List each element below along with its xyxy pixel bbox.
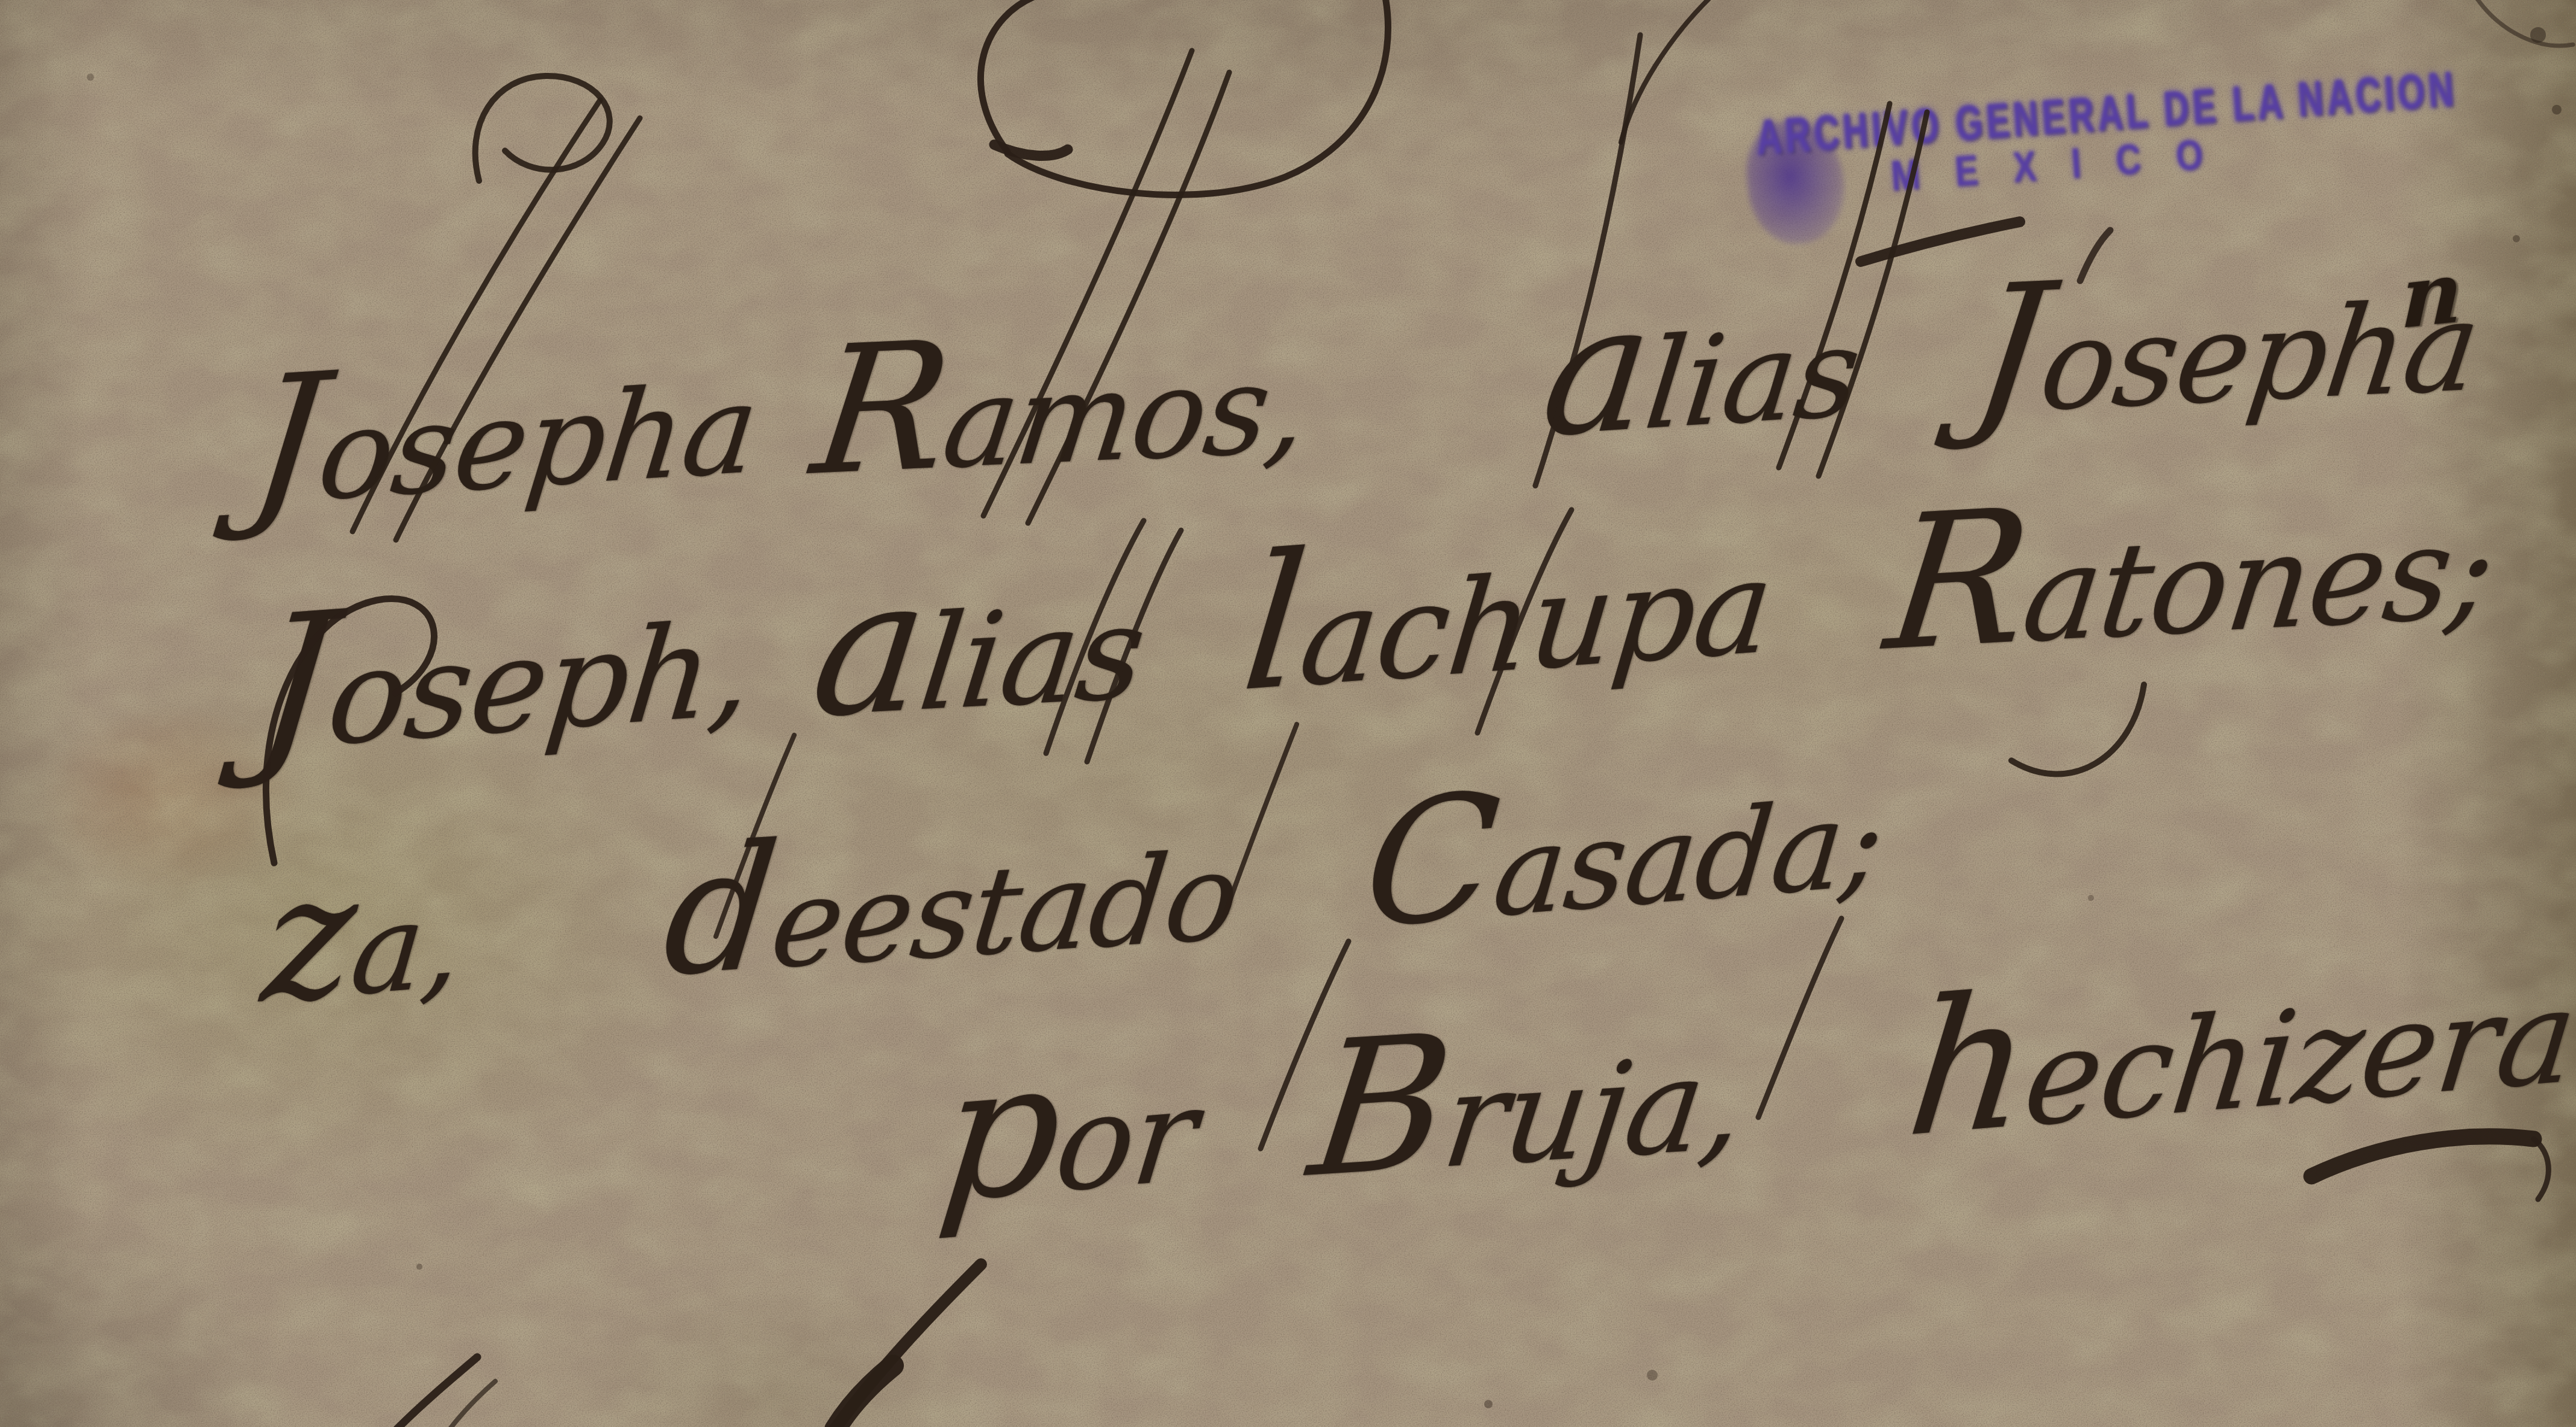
script-word: Joseph, [248, 542, 763, 793]
flourish-top-right-curve [2475, 0, 2573, 46]
flourish-top-left-loop [475, 76, 610, 181]
script-word: alias [803, 525, 1158, 759]
script-word: Josepha [241, 307, 769, 545]
flourish-top-center-oval-right [1008, 0, 1388, 195]
superscript-abbreviation-mark: n [2399, 242, 2464, 348]
flourish-top-center-oval-left [980, 0, 1041, 152]
archive-stamp: ARCHIVO GENERAL DE LA NACION MEXICO [1755, 59, 2483, 201]
bottom-cut-stroke-thick [835, 1264, 981, 1427]
script-word: Casada; [1357, 724, 1893, 967]
script-word: za, [255, 825, 471, 1042]
script-word: hechizera [1899, 909, 2576, 1178]
flourish-top-center-tip [994, 145, 1068, 155]
manuscript-page: ARCHIVO GENERAL DE LA NACION MEXICO Jose… [0, 0, 2576, 1427]
script-word: por [931, 1008, 1209, 1244]
trailing-dash-hook [2534, 1139, 2548, 1199]
flourish-mesti-tail [2011, 685, 2144, 774]
flourish-top-stroke [1621, 0, 1713, 142]
script-word: lachupa [1234, 479, 1783, 733]
bottom-cut-stroke [450, 1381, 495, 1427]
bottom-cut-stroke [396, 1357, 477, 1427]
script-word: Bruja, [1300, 975, 1759, 1218]
script-word: alias [1534, 251, 1872, 476]
script-word: Ramos, [803, 287, 1321, 515]
script-word: deestado [655, 777, 1250, 1015]
script-word: Ratones; [1877, 444, 2508, 692]
bottom-cut-stroke-thick [835, 1366, 893, 1427]
